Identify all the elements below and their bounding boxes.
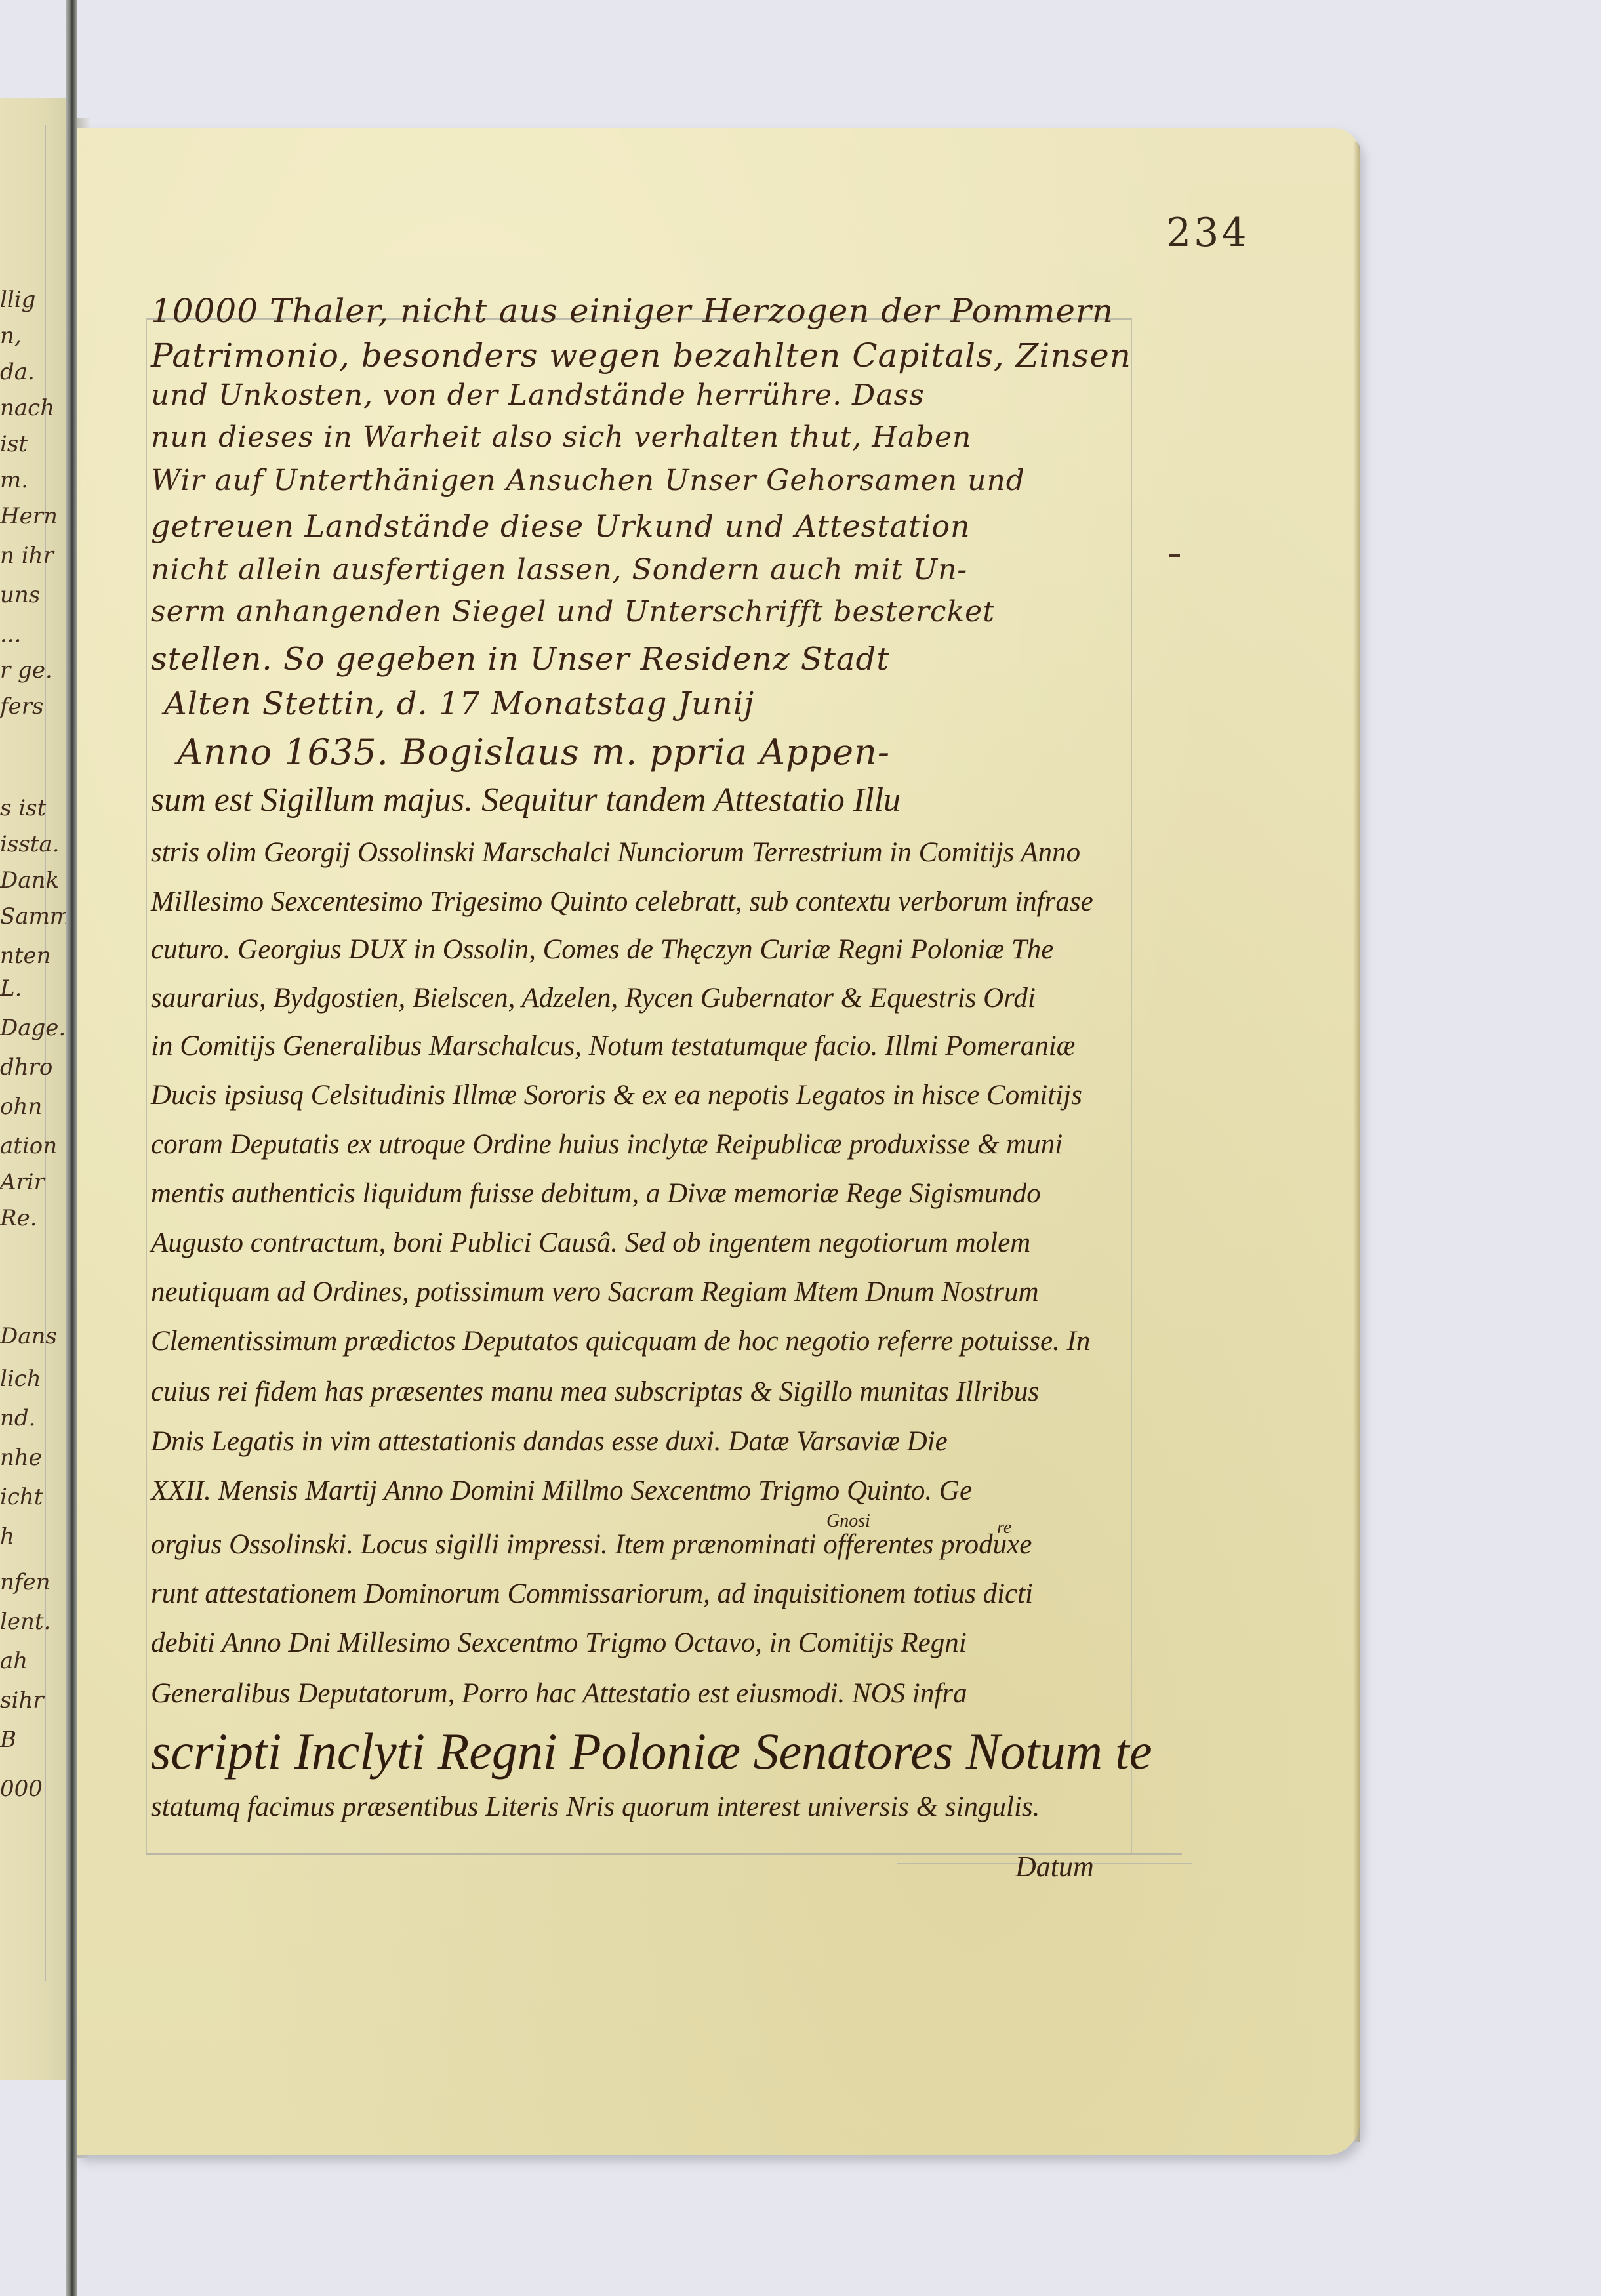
german-line: serm anhangenden Siegel und Unterschriff…: [151, 595, 995, 628]
left-fragment: h: [0, 1525, 14, 1548]
left-facing-page: llig n, da. nach ist m. Hern n ihr uns .…: [0, 98, 66, 2080]
latin-line: statumq facimus præsentibus Literis Nris…: [151, 1791, 1040, 1823]
latin-line: Augusto contractum, boni Publici Causâ. …: [151, 1227, 1030, 1259]
left-fragment: nten: [0, 945, 51, 967]
left-fragment: Dans: [0, 1325, 57, 1347]
latin-line: in Comitijs Generalibus Marschalcus, Not…: [151, 1030, 1075, 1062]
german-line: Wir auf Unterthänigen Ansuchen Unser Geh…: [151, 464, 1025, 497]
german-line: Alten Stettin, d. 17 Monatstag Junij: [164, 686, 754, 722]
latin-line: cuturo. Georgius DUX in Ossolin, Comes d…: [151, 933, 1053, 966]
latin-line: Clementissimum prædictos Deputatos quicq…: [151, 1325, 1090, 1357]
left-fragment: sihr: [0, 1689, 43, 1712]
latin-line: neutiquam ad Ordines, potissimum vero Sa…: [151, 1276, 1039, 1308]
left-fragment: n ihr: [0, 544, 54, 567]
left-fragment: r ge.: [0, 659, 52, 682]
latin-line: runt attestationem Dominorum Commissario…: [151, 1578, 1033, 1610]
latin-line: sum est Sigillum majus. Sequitur tandem …: [151, 781, 901, 819]
left-fragment: ...: [0, 623, 21, 646]
catchword: Datum: [1015, 1850, 1094, 1883]
latin-line: Ducis ipsiusq Celsitudinis Illmæ Sororis…: [151, 1079, 1082, 1111]
left-fragment: nfen: [0, 1571, 51, 1593]
german-line: 10000 Thaler, nicht aus einiger Herzogen…: [151, 292, 1114, 330]
latin-line: Millesimo Sexcentesimo Trigesimo Quinto …: [151, 886, 1093, 918]
left-fragment: icht: [0, 1486, 43, 1508]
left-fragment: B: [0, 1729, 16, 1751]
latin-line: Dnis Legatis in vim attestationis dandas…: [151, 1425, 948, 1458]
left-fragment: uns: [0, 584, 40, 606]
left-fragment: n,: [0, 325, 22, 347]
page-edge: [1353, 141, 1360, 2142]
left-fragment: L.: [0, 977, 22, 1000]
latin-line: Generalibus Deputatorum, Porro hac Attes…: [151, 1677, 967, 1710]
german-line: getreuen Landstände diese Urkund und Att…: [151, 508, 971, 544]
left-fragment: 000: [0, 1778, 43, 1800]
german-line: stellen. So gegeben in Unser Residenz St…: [151, 641, 890, 678]
latin-line: coram Deputatis ex utroque Ordine huius …: [151, 1128, 1063, 1160]
latin-line: saurarius, Bydgostien, Bielscen, Adzelen…: [151, 982, 1036, 1014]
latin-line: stris olim Georgij Ossolinski Marschalci…: [151, 836, 1080, 869]
german-line: nun dieses in Warheit also sich verhalte…: [151, 420, 971, 454]
left-fragment: Hern: [0, 505, 58, 527]
left-fragment: da.: [0, 361, 35, 383]
latin-line: cuius rei fidem has præsentes manu mea s…: [151, 1376, 1039, 1408]
left-fragment: nd.: [0, 1407, 35, 1429]
left-fragment: s ist: [0, 797, 46, 819]
left-fragment: m.: [0, 469, 28, 491]
latin-line: debiti Anno Dni Millesimo Sexcentmo Trig…: [151, 1627, 967, 1659]
left-fragment: fers: [0, 695, 43, 718]
left-fragment: issta.: [0, 833, 60, 855]
latin-line: XXII. Mensis Martij Anno Domini Millmo S…: [151, 1475, 972, 1507]
left-fragment: llig: [0, 289, 35, 311]
page-number: 234: [1166, 210, 1249, 256]
german-line: Anno 1635. Bogislaus m. ppria Appen-: [177, 731, 890, 773]
book-gutter: [66, 0, 77, 2296]
left-fragment: Dage.: [0, 1017, 66, 1039]
left-fragment: nhe: [0, 1446, 42, 1469]
latin-line: mentis authenticis liquidum fuisse debit…: [151, 1178, 1041, 1210]
german-line: und Unkosten, von der Landstände herrühr…: [151, 379, 925, 412]
german-line: nicht allein ausfertigen lassen, Sondern…: [151, 553, 967, 586]
left-fragment: Re.: [0, 1207, 37, 1229]
latin-line: orgius Ossolinski. Locus sigilli impress…: [151, 1528, 1032, 1561]
left-fragment: Dank: [0, 869, 59, 892]
left-fragment: lich: [0, 1368, 41, 1390]
german-line: Patrimonio, besonders wegen bezahlten Ca…: [151, 337, 1131, 375]
left-fragment: lent.: [0, 1610, 51, 1633]
left-fragment: ist: [0, 433, 28, 455]
manuscript-page: 234 10000 Thaler, nicht aus einiger Herz…: [77, 128, 1360, 2155]
left-fragment: ah: [0, 1650, 28, 1672]
left-fragment: nach: [0, 397, 54, 419]
left-fragment: Samm: [0, 905, 71, 928]
left-fragment: dhro: [0, 1056, 52, 1078]
left-fragment: Arir: [0, 1171, 45, 1193]
left-fragment: ohn: [0, 1096, 42, 1118]
latin-line-large: scripti Inclyti Regni Poloniæ Senatores …: [151, 1722, 1152, 1781]
left-fragment: ation: [0, 1135, 57, 1157]
margin-hyphen-mark: [1169, 554, 1180, 557]
